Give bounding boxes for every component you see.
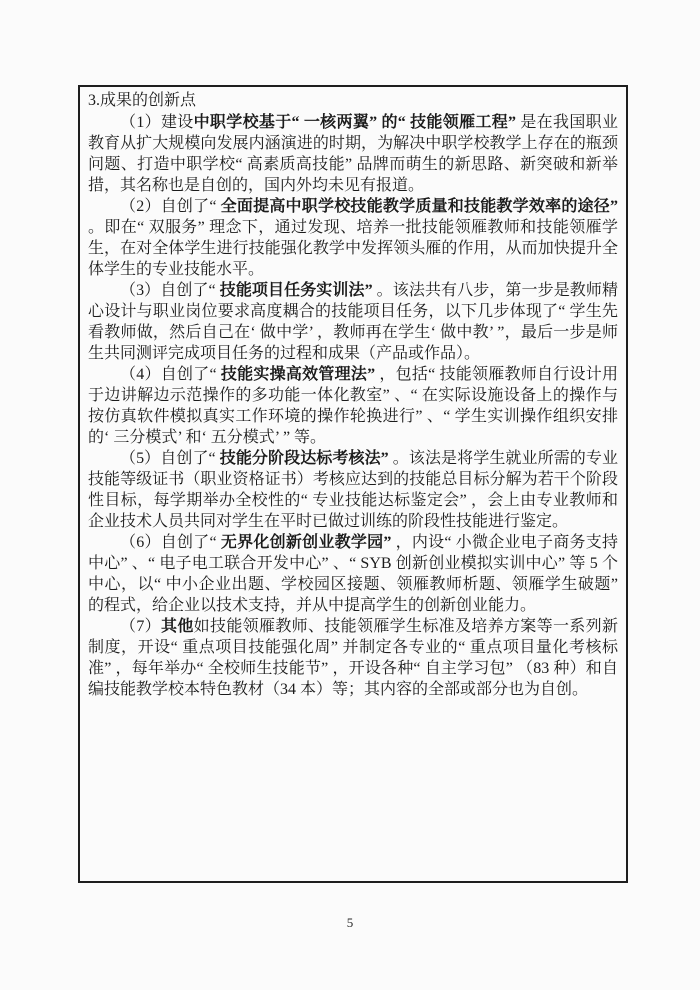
paragraph-segment-pre: （6）自创了“ [120, 534, 221, 551]
paragraph: （5）自创了“ 技能分阶段达标考核法” 。该法是将学生就业所需的专业技能等级证书… [88, 448, 618, 532]
paragraph: （6）自创了“ 无界化创新创业教学园” ，内设“ 小微企业电子商务支持中心” 、… [88, 532, 618, 616]
paragraph-segment-pre: （1）建设 [120, 114, 194, 131]
paragraph-segment-bold: 技能分阶段达标考核法” [220, 450, 389, 467]
paragraph-segment-bold: 技能项目任务实训法” [220, 282, 373, 299]
paragraph: （1）建设中职学校基于“ 一核两翼” 的“ 技能领雁工程” 是在我国职业教育从扩… [88, 112, 618, 196]
paragraph-segment-pre: （5）自创了“ [120, 450, 220, 467]
section-heading: 3.成果的创新点 [88, 90, 618, 112]
paragraph: （7）其他如技能领雁教师、技能领雁学生标准及培养方案等一系列新制度，开设“ 重点… [88, 616, 618, 700]
paragraph-segment-pre: （2）自创了“ [120, 198, 221, 215]
page-number: 5 [0, 915, 700, 931]
paragraph-segment-bold: 中职学校基于“ 一核两翼” 的“ 技能领雁工程” [194, 114, 516, 131]
paragraph-segment-bold: 技能实操高效管理法” [221, 366, 375, 383]
paragraph-segment-bold: 其他 [161, 618, 194, 635]
paragraph-segment-bold: 无界化创新创业教学园” [221, 534, 392, 551]
paragraph-segment-bold: 全面提高中职学校技能教学质量和技能教学效率的途径” [221, 198, 618, 215]
document-page: 3.成果的创新点 （1）建设中职学校基于“ 一核两翼” 的“ 技能领雁工程” 是… [0, 0, 700, 990]
paragraph-list: （1）建设中职学校基于“ 一核两翼” 的“ 技能领雁工程” 是在我国职业教育从扩… [88, 112, 618, 700]
paragraph: （4）自创了“ 技能实操高效管理法” ，包括“ 技能领雁教师自行设计用于边讲解边… [88, 364, 618, 448]
paragraph-segment-pre: （7） [120, 618, 161, 635]
paragraph: （2）自创了“ 全面提高中职学校技能教学质量和技能教学效率的途径” 。即在“ 双… [88, 196, 618, 280]
content-border-box: 3.成果的创新点 （1）建设中职学校基于“ 一核两翼” 的“ 技能领雁工程” 是… [78, 85, 628, 883]
paragraph-segment-post: 。即在“ 双服务” 理念下，通过发现、培养一批技能领雁教师和技能领雁学生，在对全… [88, 219, 618, 278]
paragraph-segment-pre: （4）自创了“ [120, 366, 221, 383]
paragraph: （3）自创了“ 技能项目任务实训法” 。该法共有八步，第一步是教师精心设计与职业… [88, 280, 618, 364]
paragraph-segment-pre: （3）自创了“ [120, 282, 220, 299]
